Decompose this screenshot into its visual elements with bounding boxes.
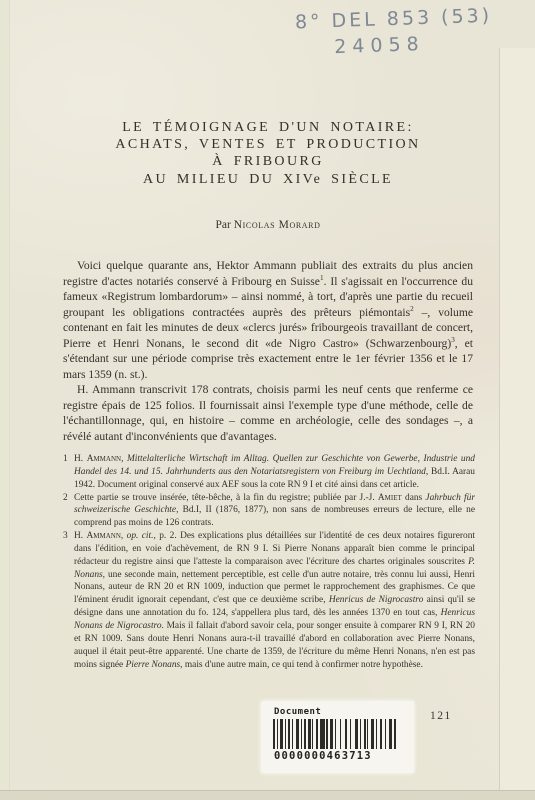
- text-run: , mais d'une autre main, ce qui tend à c…: [180, 660, 423, 670]
- barcode-icon: [273, 719, 397, 749]
- text-run: Cette partie se trouve insérée, tête-bêc…: [74, 493, 378, 503]
- title-line-4: AU MILIEU DU XIVe SIÈCLE: [62, 171, 474, 188]
- handwritten-shelf-mark: 8° DEL 853 (53) 24058: [287, 2, 501, 61]
- text-run: Pierre Nonans: [126, 660, 181, 670]
- footnotes: 1 H. Ammann, Mittelalterliche Wirtschaft…: [63, 453, 475, 671]
- footnote-number: 1: [63, 453, 74, 492]
- text-run: dans: [402, 493, 426, 503]
- page-number: 121: [430, 710, 480, 722]
- footnote-text: H. Ammann, Mittelalterliche Wirtschaft i…: [74, 453, 475, 492]
- page-left-edge: [0, 0, 10, 800]
- footnote-item: 3 H. Ammann, op. cit., p. 2. Des explica…: [63, 530, 475, 671]
- article-title: LE TÉMOIGNAGE D'UN NOTAIRE: ACHATS, VENT…: [62, 119, 474, 188]
- author-name: Nicolas Morard: [234, 219, 321, 231]
- text-run: Ammann: [87, 454, 121, 464]
- text-run: Mittelalterliche Wirtschaft im Alltag. Q…: [74, 454, 475, 477]
- text-run: Amiet: [378, 493, 402, 503]
- barcode-label: Document: [274, 707, 414, 717]
- footnote-text: Cette partie se trouve insérée, tête-bêc…: [74, 492, 475, 531]
- byline-prefix: Par: [216, 219, 234, 231]
- footnote-text: H. Ammann, op. cit., p. 2. Des explicati…: [74, 530, 475, 671]
- scanned-article-page: { "colors": { "paper": "#e9e5d6", "ink":…: [0, 0, 535, 800]
- text-run: op. cit.: [127, 531, 154, 541]
- text-run: Ammann: [87, 531, 121, 541]
- byline: Par Nicolas Morard: [62, 219, 474, 231]
- title-line-1: LE TÉMOIGNAGE D'UN NOTAIRE:: [62, 119, 474, 136]
- page-bottom-edge: [0, 790, 535, 800]
- paragraph: H. Ammann transcrivit 178 contrats, choi…: [63, 382, 473, 444]
- paragraph: Voici quelque quarante ans, Hektor Amman…: [63, 258, 473, 382]
- page-right-edge: [499, 48, 535, 800]
- text-run: H.: [74, 454, 87, 464]
- article-body: Voici quelque quarante ans, Hektor Amman…: [63, 258, 473, 445]
- footnote-item: 2 Cette partie se trouve insérée, tête-b…: [63, 492, 475, 531]
- library-barcode-sticker: Document 0000000463713: [261, 701, 414, 773]
- text-run: Henricus de Nigrocastro: [329, 595, 423, 605]
- footnote-item: 1 H. Ammann, Mittelalterliche Wirtschaft…: [63, 453, 475, 492]
- text-run: H.: [74, 531, 87, 541]
- footnote-number: 3: [63, 530, 74, 671]
- text-run: H. Ammann transcrivit 178 contrats, choi…: [63, 383, 473, 443]
- title-line-3: À FRIBOURG: [62, 153, 474, 170]
- title-line-2: ACHATS, VENTES ET PRODUCTION: [62, 136, 474, 153]
- barcode-number: 0000000463713: [274, 750, 414, 762]
- footnote-number: 2: [63, 492, 74, 531]
